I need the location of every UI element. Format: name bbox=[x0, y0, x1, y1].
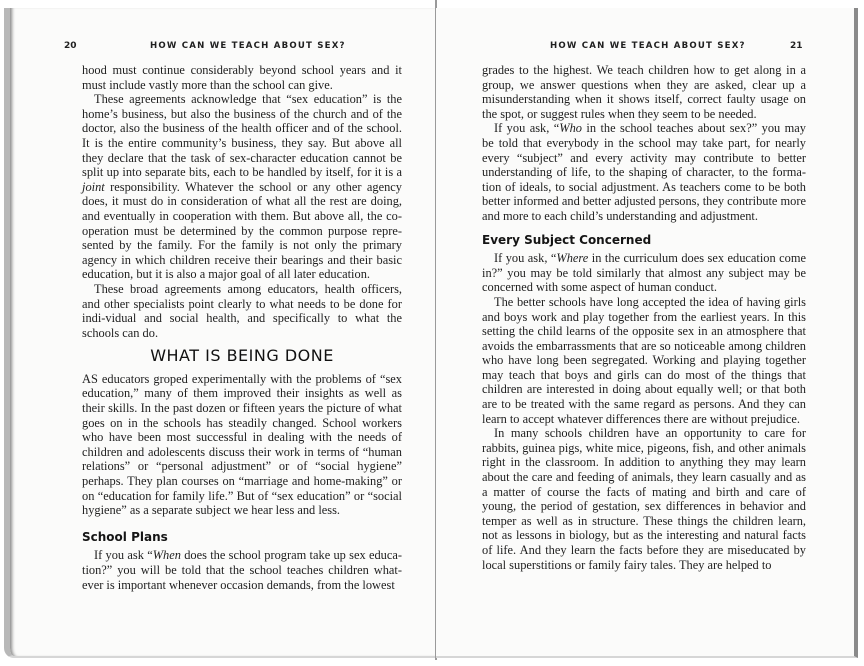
section-title: WHAT IS BEING DONE bbox=[82, 349, 402, 364]
paragraph: grades to the highest. We teach children… bbox=[482, 63, 806, 121]
paragraph: These broad agreements among educators, … bbox=[82, 282, 402, 340]
page-number-left: 20 bbox=[64, 41, 77, 51]
paragraph: The better schools have long accepted th… bbox=[482, 295, 806, 426]
left-page: 20 HOW CAN WE TEACH ABOUT SEX? hood must… bbox=[4, 8, 436, 658]
book-spread: 20 HOW CAN WE TEACH ABOUT SEX? hood must… bbox=[0, 0, 864, 666]
paragraph: In many schools children have an opportu… bbox=[482, 426, 806, 572]
paragraph: If you ask “When does the school program… bbox=[82, 548, 402, 592]
page-number-right: 21 bbox=[790, 41, 803, 51]
subhead-school-plans: School Plans bbox=[82, 530, 402, 545]
paragraph: These agreements acknowledge that “sex e… bbox=[82, 92, 402, 282]
right-page-body: grades to the highest. We teach children… bbox=[482, 63, 806, 572]
running-head-left: HOW CAN WE TEACH ABOUT SEX? bbox=[150, 41, 346, 57]
paragraph: If you ask, “Where in the curriculum doe… bbox=[482, 251, 806, 295]
running-head-right: HOW CAN WE TEACH ABOUT SEX? bbox=[550, 41, 746, 57]
paragraph: AS educators groped experimentally with … bbox=[82, 372, 402, 518]
left-page-body: hood must continue considerably beyond s… bbox=[82, 63, 402, 592]
subhead-every-subject: Every Subject Concerned bbox=[482, 233, 806, 248]
right-page: HOW CAN WE TEACH ABOUT SEX? 21 grades to… bbox=[436, 8, 858, 658]
paragraph: If you ask, “Who in the school teaches a… bbox=[482, 121, 806, 223]
paragraph: hood must continue considerably beyond s… bbox=[82, 63, 402, 92]
